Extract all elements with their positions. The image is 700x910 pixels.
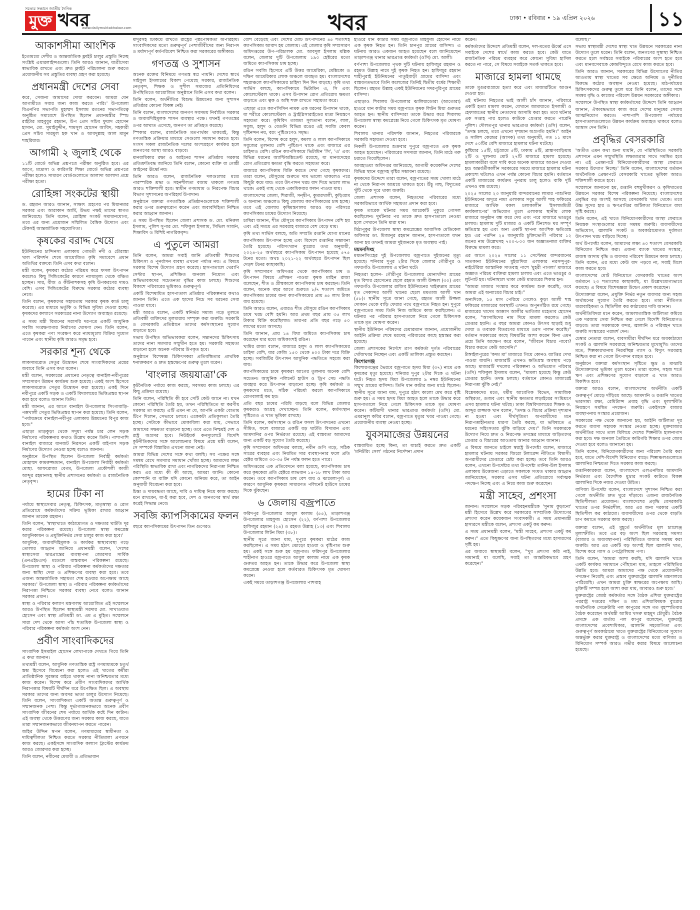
article-paragraph: মন্ত্রী বলেন, কৃষকরা কঠোর পরিশ্রম করে ফস… [22, 269, 129, 299]
article-paragraph: স্পিকার বলেন, রাজনৈতিক মতপার্থক্য থাকবেই… [133, 131, 240, 155]
article-paragraph: চাষিরা জানান, শীত মৌসুমে ক্যাপসিকাম উৎপা… [243, 219, 350, 231]
article-paragraph: মন্ত্রী বলেন, সরকারের প্রধানের নেতৃত্বে … [22, 374, 129, 404]
masthead-rule [22, 33, 682, 35]
article-paragraph: বছরে ক্যাপসিকামের উৎপাদন তিন গুণেরও [133, 525, 240, 531]
article-headline[interactable]: প্রধানমন্ত্রী দেশের সেবা [22, 82, 129, 94]
article-paragraph: তিনি আরও জানান, সরকারের বিভিন্ন উদ্যোগের… [575, 70, 682, 100]
article-paragraph: আমরা বিভিন্ন দেশের সঙ্গে কথা বলছি। সব পক… [133, 453, 240, 489]
article-paragraph: একটি বিশেষায়িত হাসপাতাল প্রতিষ্ঠার পরিক… [133, 292, 240, 310]
article-paragraph: নিহতরা হলেন- গৌরীপুর উপজেলার মোনাখাঁন্দা… [354, 273, 461, 327]
column-1: আকাশসীমা আংশিকইতোমধ্যে দেশীয় ও আন্তর্জা… [22, 38, 129, 910]
article-headline[interactable]: 'বাংলার জয়যাত্রা'কে [133, 370, 240, 382]
article-paragraph: মানবাধিকার রক্ষা ও আইনের শাসন প্রতিষ্ঠায… [133, 156, 240, 174]
masthead: সত্যের সন্ধানে জাতীয় দৈনিক মুক্ত খবর ww… [0, 0, 700, 38]
article-paragraph: 'অতীত এমন কথা শুনা যায়নি, যে পরিস্থিতিত… [575, 149, 682, 185]
article-paragraph: কুষ্টিয়ার ১৫টি, চট্টগ্রামে ৫টি, ঢাকায় … [465, 149, 572, 191]
article-paragraph: ১১টি বোর্ডে অভিন্ন প্রশ্নপত্রে পরীক্ষা অ… [22, 162, 129, 186]
article-paragraph: ২০২৫ সালের ২৩ জানুয়ারি বান্দরবানের লামা… [465, 192, 572, 252]
article-paragraph: সভায় স্বাস্থ্যমন্ত্রী দেশের স্বাস্থ্য খ… [575, 45, 682, 69]
article-paragraph: টাঙ্গাইলপুরের 'কদম মা' মাজারে গিয়ে কোনও… [465, 353, 572, 389]
article-headline[interactable]: আকাশসীমা আংশিক [22, 41, 129, 53]
article-headline[interactable]: মন্ত্রী সাহেব, প্রশংসা [465, 491, 572, 503]
article-paragraph: কূটনৈতিক পর্যায়ে কাজ করছে, সবসময় কাজ চ… [133, 384, 240, 396]
article-paragraph: তিনি বলেন, এই খাতে বিনিয়োগকারীদের আস্থা… [575, 217, 682, 241]
article-paragraph: তিনি বলেন, পরিস্থিতি কী হবে সেটি কেউ জান… [133, 397, 240, 451]
article-paragraph: অনুষ্ঠানে বক্তারা গণতান্ত্রিক প্রতিষ্ঠান… [133, 200, 240, 218]
column-6: বলেছি।"সভায় স্বাস্থ্যমন্ত্রী দেশের স্বা… [575, 38, 682, 910]
article-headline[interactable]: এ পুতুলে আমরা [133, 240, 240, 252]
article-paragraph: অধিদপ্তরের এক প্রতিবেদনে বলা হয়েছে, ক্য… [243, 465, 350, 495]
article-paragraph: এছাড়া এতে ক্যাপসিসিন নামক এক ধরনের উপাদ… [243, 107, 350, 137]
article-paragraph: ময়মনসিংহের দুই উপজেলায় বজ্রপাতে দুইজনে… [354, 254, 461, 272]
article-paragraph: রপ্তানিকারকরা বলেন, বাংলাদেশে এলএনজির আম… [575, 469, 682, 487]
article-paragraph: মন্ত্রী জানান, এর আগে বানাইল উপজেলার সিং… [22, 405, 129, 429]
article-paragraph: কৃষি সম্প্রসারণ অধিদপ্তর বলছে, নবীন গুণি… [243, 446, 350, 464]
column-5: করেন।কর্মকর্তাদের উদ্দেশে প্রতিমন্ত্রী ব… [465, 38, 572, 910]
dateline: ঢাকা • রবিবার • ১৯ এপ্রিল ২০২৬ [510, 13, 595, 24]
article-paragraph: পর্যায়ে স্বাস্থ্যসেবার নেতৃত্ব, চিকিৎসক… [22, 503, 129, 521]
article-paragraph: বাণিজ্য উপদেষ্টা বলেন, বাংলাদেশে সুশাসন … [575, 488, 682, 524]
article-paragraph: অর্থ উপদেষ্টা বলেন, আমাদের লক্ষ্য ৪০ শতা… [575, 242, 682, 272]
article-headline[interactable]: সবজি ক্যাপসিকামের ফলন [133, 511, 240, 523]
article-paragraph: বলেছি।" [575, 38, 682, 44]
article-paragraph: বাংলাদেশের মোট বিনিয়োগে বেসরকারি খাতের … [575, 274, 682, 292]
article-paragraph: বক্তারা আরও বলেন, বাংলাদেশের অর্থনীতি এক… [575, 387, 682, 417]
article-paragraph: এই ঘটনায় নিহতের ভাই আলী চাঁদ জানান, পরি… [465, 99, 572, 147]
article-headline[interactable]: সরকার শূন্য থেকে [22, 347, 129, 359]
article-paragraph: এ সময় মন্ত্রী বিমানের সরাসরি দরপত্রে এক… [22, 320, 129, 344]
website-url: www.dailymuktokhobor.com [82, 26, 131, 30]
article-paragraph: বাংলাদেশের জেলা, শিরাজী, সন্দ্বীপ, কুমার… [243, 194, 350, 218]
article-paragraph: এ সময় উপস্থিত ছিলেন জেলা প্রশাসক ড. মো.… [133, 219, 240, 237]
article-paragraph: চিন্তা ও দায়বদ্ধতা আছে, দাবি ও দায়িত্ব… [133, 490, 240, 508]
article-paragraph: এ বিষয়ে জানতে চাইলে স্বরাষ্ট্র উপদেষ্টা… [465, 446, 572, 488]
article-paragraph: কৃষক তারেক ঘটনার সময় আরেকটি পুকুরে গোসল… [354, 209, 461, 227]
article-paragraph: শিবালয় থানার পরিদর্শক জানান, নিহতের পরি… [354, 132, 461, 144]
article-headline[interactable]: গণতন্ত্র ও সুশাসন [133, 59, 240, 71]
article-paragraph: ক্যাপসিকামের চাষে কৃষকরা আগের তুলনায় অন… [243, 370, 350, 400]
column-3: বেশি বেড়েছে এবং দেশের মোট উৎপাদনের ৪৫ শ… [243, 38, 350, 910]
article-paragraph: ইতোমধ্যে দেশীয় ও আন্তর্জাতিক ফ্লাইট চাল… [22, 55, 129, 79]
column-4: হাওরে ধান কাটার সময় বজ্রপাতে মাহফুজ হোস… [354, 38, 461, 910]
article-paragraph: এছাড়া তাড়কুড়া থেকে সদুয়া পর্যন্ত চার… [22, 430, 129, 454]
article-paragraph: সরকারের পক্ষ থেকে জানানো হয়, আইনি জটিলত… [575, 419, 682, 449]
article-paragraph: মিঠাপুকুর উপজেলা স্বাস্থ্য কমপ্লেক্সের আ… [354, 228, 461, 246]
article-paragraph: তথ্যমন্ত্রী বলেন, আধুনিক গণতান্ত্রিক রাষ… [22, 663, 129, 730]
newspaper-logo[interactable]: মুক্ত খবর [25, 11, 90, 31]
article-paragraph: আধুনিক, জবাবদিহিমূলক ও কার্যকর স্বাস্থ্য… [22, 541, 129, 601]
article-paragraph: কৃষি তথ্য সার্ভিস বলছে, অতি সম্প্রতি রপ্… [243, 232, 350, 268]
article-paragraph: তিনি বলেন, কর্মসংস্থান ও রঙিন ফসল উৎপাদন… [243, 421, 350, 445]
article-paragraph: এছাড়াও শিবালয় উপজেলার ঝালিয়াডোরা (আতো… [354, 100, 461, 130]
article-paragraph: তিনি বলেন, 'আমরা আশা করছি, যদি জ্বালানি … [575, 557, 682, 593]
article-paragraph: সম্মেলনে উপস্থিত স্বাস্থ্য কর্মকর্তাদের … [575, 101, 682, 131]
article-paragraph: তিনি বলেন, কৃষকদের সহায়তায় সরকার কৃষক … [22, 300, 129, 318]
article-paragraph: হাওরে ধান কাটার সময় বজ্রপাতে মাহফুজ হোস… [354, 38, 461, 62]
article-paragraph: কৃষি সম্প্রসারণ অধিদপ্তর থেকে ক্যাপসিকাম… [243, 270, 350, 306]
article-paragraph: মাদুরসহ টিকিয়ে রাখতে রাষ্ট্রের পৃষ্ঠপোষ… [133, 38, 240, 56]
article-headline[interactable]: কৃষকের বরাদ্দ খেয়ে [22, 236, 129, 248]
article-headline[interactable]: রোহিঙ্গা সংকটের স্থায়ী [22, 189, 129, 201]
article-paragraph: কর্মকর্তাদের উদ্দেশে প্রতিমন্ত্রী বলেন, … [465, 45, 572, 69]
article-paragraph: তিনি আরও বলেন, রাজনৈতিক দলগুলোর মধ্যে পা… [133, 175, 240, 199]
article-paragraph: মন্ত্রী আরও বলেন, একটি স্বনির্ভর সমাজ গড… [133, 311, 240, 335]
article-paragraph: চেম্বার নেতারা বলেন, ব্যবসায়ীরা দীর্ঘদি… [575, 337, 682, 361]
article-headline[interactable]: যুবসমাজের উন্নয়নের [354, 430, 461, 442]
article-paragraph: প্রতি বছর চাষের পরিধি বাড়ছে বলে বিভিন্ন… [243, 402, 350, 420]
article-paragraph: অনুষ্ঠানে বিশেষজ্ঞ চিকিৎসকরা প্রতিবন্ধিত… [133, 355, 240, 367]
article-paragraph: তিনি জানান, প্রায় ১৪ বিঘা জমিতে ক্যাপসি… [243, 332, 350, 344]
article-paragraph: "আমরা মাজার সংস্কার করে কার্যক্রম শুরু ক… [465, 285, 572, 297]
article-paragraph: বাজারে ক্যাপসিকাম বিক্রি করতে দেখা গেছে … [243, 169, 350, 193]
article-paragraph: নিকলী উপজেলার শুক্রবার দুপুরে বজ্রপাতে এ… [354, 145, 461, 163]
article-paragraph: একই সময়ে তাড়াশগঞ্জ উপজেলার পাশবাহ [243, 581, 350, 587]
article-paragraph: বর্ণপাশা উপজেলার পৃথক দুটি ঘটনায় হাফিজু… [354, 63, 461, 99]
article-paragraph: লাকসামরোড সেতুর উদ্বোধন শেষে সাংবাদিকদের… [22, 361, 129, 373]
article-paragraph: করে, সেজন্য আমাদের দোয়া করবেন। আমরা যেন… [22, 96, 129, 144]
article-headline[interactable]: প্রবীণ সাংবাদিকদের [22, 636, 129, 648]
article-paragraph: স্থানীয় সূত্রে জানা যায়, দুপুরে কৃষকরা… [243, 538, 350, 580]
logo-red-part: মুক্ত [25, 11, 56, 31]
article-paragraph: এ সময় প্রধানমন্ত্রী বলেন, "মন্ত্রী সাহে… [465, 530, 572, 548]
article-headline[interactable]: মাজারে হামলা থামছে [465, 72, 572, 84]
article-paragraph: আবহাওয়া অধিদপ্তর জানিয়েছে, আগামী কয়েক… [354, 164, 461, 176]
article-paragraph: তিনি বলেন, আমরা সবাই জানি প্রতিবন্ধী শিশ… [133, 254, 240, 290]
article-paragraph: অন্যদিকে, ১৫ মাস পেরিয়ে গেলেও কুড়া আলী… [465, 298, 572, 352]
article-paragraph: ফরিদপুর উপজেলার আবুল কালাম (৫৫), তাড়াশগ… [243, 512, 350, 536]
article-paragraph: তাকে মুগুরবাগ্রামে হত্যা করে এবং মাজারটি… [465, 86, 572, 98]
article-paragraph: জহির উদ্দিন স্বপন বলেন, গণমাধ্যমের স্বাধ… [22, 730, 129, 754]
article-paragraph: তিনি বলেন, 'স্বাস্থ্যখাতে কাঠামোগত ও দক্… [22, 522, 129, 540]
article-paragraph: সম্মেলনে জানানো হয়, রপ্তানি বহুমুখীকরণ … [575, 186, 682, 216]
article-paragraph: তিনি আরও বলেন, এবারও শীত মৌসুমে রঙিন ক্য… [243, 307, 350, 331]
article-paragraph: সাংবাদিক ইসমাইল হোসেন লেখাপাকে দেখতে গিয… [22, 650, 129, 662]
column-2: মাদুরসহ টিকিয়ে রাখতে রাষ্ট্রের পৃষ্ঠপোষ… [133, 38, 240, 910]
article-paragraph: অর্থনীতিবিদরা মনে করেন, আমলাতান্ত্রিক জট… [575, 312, 682, 336]
article-paragraph: যুক্তরাষ্ট্রের জ্যেষ্ঠ কর্মকর্তার সঙ্গে … [575, 594, 682, 654]
article-paragraph: তিনি বলেন, নবীনের মেধাবী ও প্রতিভাবান [22, 755, 129, 761]
article-paragraph: জেলা প্রশাসকের নির্দেশে ত্রাণ কর্মকর্তা … [354, 347, 461, 359]
article-headline[interactable]: আগামী ২ জুলাই থেকে [22, 148, 129, 160]
article-paragraph: অনুষ্ঠানে বক্তারা কর্মসংস্থান সৃষ্টিতে ক… [575, 362, 682, 386]
article-paragraph: এর আগে ২০২৪ সালের ১১ সেপ্টেম্বর বান্দরবা… [465, 254, 572, 284]
article-paragraph: কৃষকদের উদ্দেশে তারা বলেন, বজ্রপাতের সময… [354, 177, 461, 195]
article-paragraph: বিশ্লেষকদের মতে, ধর্মীয় আবেগিক বিভেদ, স… [465, 391, 572, 445]
article-paragraph: এর জবাবে স্বাস্থ্যমন্ত্রী বলেন, "খুব প্র… [465, 550, 572, 568]
article-paragraph: তিনি বলেন, বিনিয়োগকারীদের জন্য পরিবেশ ত… [575, 450, 682, 468]
article-paragraph: স্থানীয় ইউনিয়ন পরিষদের চেয়ারম্যান জান… [354, 328, 461, 346]
article-paragraph: বাস্তবায়িত হচ্ছে কিনা, তা যাচাই করতে দ্… [354, 444, 461, 456]
article-paragraph: কিশোরগঞ্জের ভৈরবে বজ্রপাতে হৃদয় মিয়া (… [354, 366, 461, 426]
article-paragraph: ইউনিয়নের চান্দিনসা এলাকায় গোমতী নদী ও … [22, 250, 129, 268]
article-paragraph: অনুষ্ঠানে উপস্থিত ছিলেন উপজেলা নির্বাহী … [22, 455, 129, 485]
article-paragraph: বেশি বেড়েছে এবং দেশের মোট উৎপাদনের ৪৫ শ… [243, 38, 350, 68]
page-number-divider [650, 4, 652, 32]
article-paragraph: সভায় উপস্থিত অভিভাবকরা বলেন, সন্তানদের … [133, 336, 240, 354]
article-columns: আকাশসীমা আংশিকইতোমধ্যে দেশীয় ও আন্তর্জা… [22, 38, 682, 910]
article-paragraph: করেন। [465, 38, 572, 44]
article-paragraph: অনেক রক্তের বিনিময়ে গণতন্ত্র স্বপ্ন পায… [133, 73, 240, 97]
article-paragraph: জেলা প্রশাসক বলেন, নিহতদের পরিবারের মধ্য… [354, 196, 461, 208]
article-headline[interactable]: ৬ জেলায় বজ্রপাতে [243, 498, 350, 510]
article-paragraph: তিনি বলেন, বিশেষ করে হলুদ, কমলা ও লাল ক্… [243, 138, 350, 168]
article-paragraph: বক্তারা বলেন, এই মুহূর্তে অর্থনীতির মূল … [575, 526, 682, 556]
article-paragraph: জানান। সম্মেলনে সড়ক পরিবহনমন্ত্রীকে 'সু… [465, 505, 572, 529]
article-paragraph: স্বাস্থ্য ও পরিবার কল্যাণ মন্ত্রণালয় আয… [22, 602, 129, 632]
article-paragraph: তিনি বলেন, অর্থনীতির বিশুদ্ধ উন্নয়নের জ… [133, 98, 240, 110]
article-paragraph: উদ্যোক্তারা বলেন, প্রযুক্তি নির্ভর নতুন … [575, 293, 682, 311]
article-paragraph: তিনি বলেন, বাংলাদেশের জনগণ সবসময় নির্বা… [133, 111, 240, 129]
article-headline[interactable]: হামের টিকা না [22, 489, 129, 501]
article-paragraph: খামির রাজা বলেন, বাজারে হলুদ ও লাল ক্যাপ… [243, 345, 350, 369]
article-headline[interactable]: প্রবৃদ্ধির বেসরকারি [575, 135, 682, 147]
article-paragraph: ড. রহমান আরও জানান, সাক্ষাৎ গ্রহণের পর ম… [22, 203, 129, 233]
article-paragraph: রঙিন সবজি হিসেবে এটি উত্তর আমেরিকা, মেক্… [243, 69, 350, 105]
